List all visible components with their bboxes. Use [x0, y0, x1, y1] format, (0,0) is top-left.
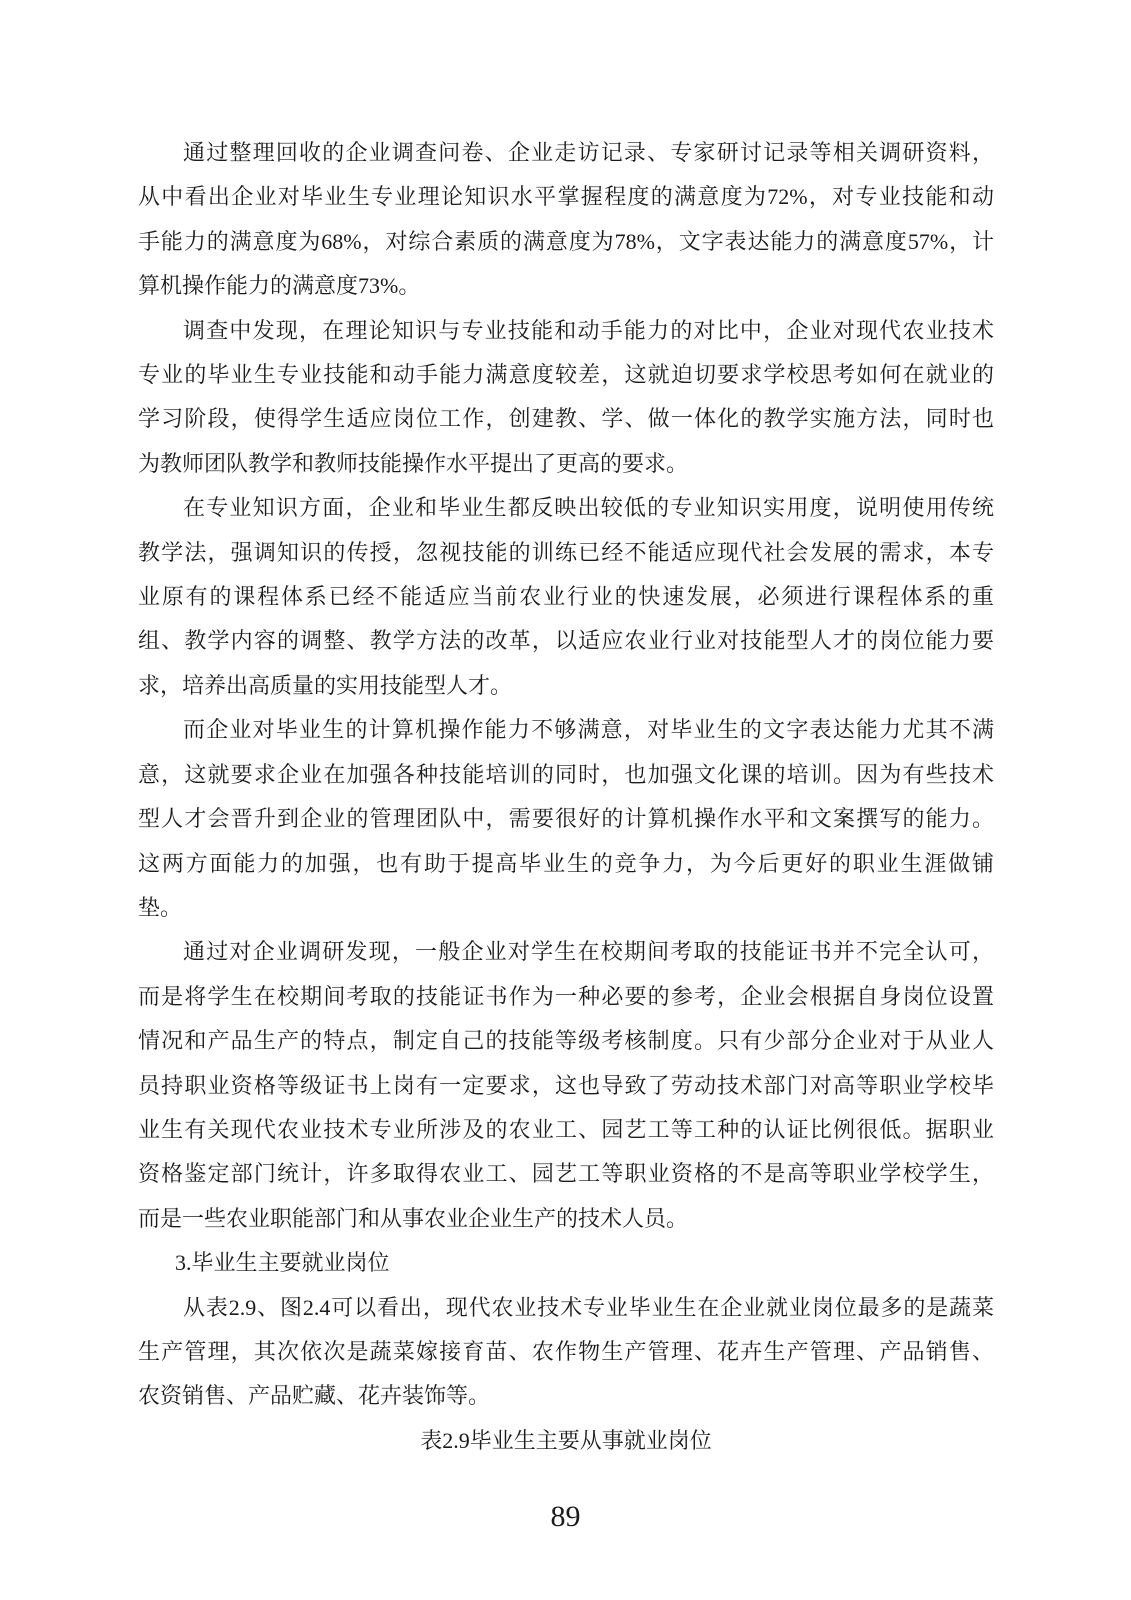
text-line: 通过对企业调研发现，一般企业对学生在校期间考取的技能证书并不完全认可，: [138, 930, 994, 974]
text-line: 从表2.9、图2.4可以看出，现代农业技术专业毕业生在企业就业岗位最多的是蔬菜: [138, 1286, 994, 1330]
paragraph-4: 而企业对毕业生的计算机操作能力不够满意，对毕业生的文字表达能力尤其不满意，这就要…: [138, 708, 994, 930]
paragraph-6: 从表2.9、图2.4可以看出，现代农业技术专业毕业生在企业就业岗位最多的是蔬菜生…: [138, 1286, 994, 1419]
text-line: 从中看出企业对毕业生专业理论知识水平掌握程度的满意度为72%，对专业技能和动: [138, 175, 994, 219]
paragraph-3: 在专业知识方面，企业和毕业生都反映出较低的专业知识实用度，说明使用传统教学法，强…: [138, 486, 994, 708]
text-line: 而是一些农业职能部门和从事农业企业生产的技术人员。: [138, 1197, 994, 1241]
text-line: 算机操作能力的满意度73%。: [138, 264, 994, 308]
text-line: 员持职业资格等级证书上岗有一定要求，这也导致了劳动技术部门对高等职业学校毕: [138, 1064, 994, 1108]
document-page: 通过整理回收的企业调查问卷、企业走访记录、专家研讨记录等相关调研资料，从中看出企…: [0, 0, 1131, 1600]
text-line: 在专业知识方面，企业和毕业生都反映出较低的专业知识实用度，说明使用传统: [138, 486, 994, 530]
paragraph-2: 调查中发现，在理论知识与专业技能和动手能力的对比中，企业对现代农业技术专业的毕业…: [138, 309, 994, 487]
text-line: 手能力的满意度为68%，对综合素质的满意度为78%，文字表达能力的满意度57%，…: [138, 220, 994, 264]
text-line: 型人才会晋升到企业的管理团队中，需要很好的计算机操作水平和文案撰写的能力。: [138, 797, 994, 841]
text-line: 专业的毕业生专业技能和动手能力满意度较差，这就迫切要求学校思考如何在就业的: [138, 353, 994, 397]
text-line: 资格鉴定部门统计，许多取得农业工、园艺工等职业资格的不是高等职业学校学生，: [138, 1152, 994, 1196]
text-line: 组、教学内容的调整、教学方法的改革，以适应农业行业对技能型人才的岗位能力要: [138, 619, 994, 663]
text-line: 为教师团队教学和教师技能操作水平提出了更高的要求。: [138, 442, 994, 486]
text-line: 而是将学生在校期间考取的技能证书作为一种必要的参考，企业会根据自身岗位设置: [138, 975, 994, 1019]
text-line: 求，培养出高质量的实用技能型人才。: [138, 664, 994, 708]
text-body: 通过整理回收的企业调查问卷、企业走访记录、专家研讨记录等相关调研资料，从中看出企…: [138, 131, 994, 1463]
table-caption-text: 表2.9毕业生主要从事就业岗位: [138, 1419, 994, 1463]
text-line: 情况和产品生产的特点，制定自己的技能等级考核制度。只有少部分企业对于从业人: [138, 1019, 994, 1063]
text-line: 意，这就要求企业在加强各种技能培训的同时，也加强文化课的培训。因为有些技术: [138, 753, 994, 797]
text-line: 垫。: [138, 886, 994, 930]
text-line: 而企业对毕业生的计算机操作能力不够满意，对毕业生的文字表达能力尤其不满: [138, 708, 994, 752]
paragraph-5: 通过对企业调研发现，一般企业对学生在校期间考取的技能证书并不完全认可，而是将学生…: [138, 930, 994, 1241]
section-heading-text: 3.毕业生主要就业岗位: [138, 1241, 994, 1285]
text-line: 学习阶段，使得学生适应岗位工作，创建教、学、做一体化的教学实施方法，同时也: [138, 397, 994, 441]
table-caption: 表2.9毕业生主要从事就业岗位: [138, 1419, 994, 1463]
text-line: 业生有关现代农业技术专业所涉及的农业工、园艺工等工种的认证比例很低。据职业: [138, 1108, 994, 1152]
text-line: 生产管理，其次依次是蔬菜嫁接育苗、农作物生产管理、花卉生产管理、产品销售、: [138, 1330, 994, 1374]
text-line: 这两方面能力的加强，也有助于提高毕业生的竞争力，为今后更好的职业生涯做铺: [138, 842, 994, 886]
section-heading: 3.毕业生主要就业岗位: [138, 1241, 994, 1285]
text-line: 通过整理回收的企业调查问卷、企业走访记录、专家研讨记录等相关调研资料，: [138, 131, 994, 175]
text-line: 农资销售、产品贮藏、花卉装饰等。: [138, 1374, 994, 1418]
paragraph-1: 通过整理回收的企业调查问卷、企业走访记录、专家研讨记录等相关调研资料，从中看出企…: [138, 131, 994, 309]
text-line: 调查中发现，在理论知识与专业技能和动手能力的对比中，企业对现代农业技术: [138, 309, 994, 353]
page-number: 89: [0, 1499, 1131, 1535]
text-line: 教学法，强调知识的传授，忽视技能的训练已经不能适应现代社会发展的需求，本专: [138, 531, 994, 575]
text-line: 业原有的课程体系已经不能适应当前农业行业的快速发展，必须进行课程体系的重: [138, 575, 994, 619]
